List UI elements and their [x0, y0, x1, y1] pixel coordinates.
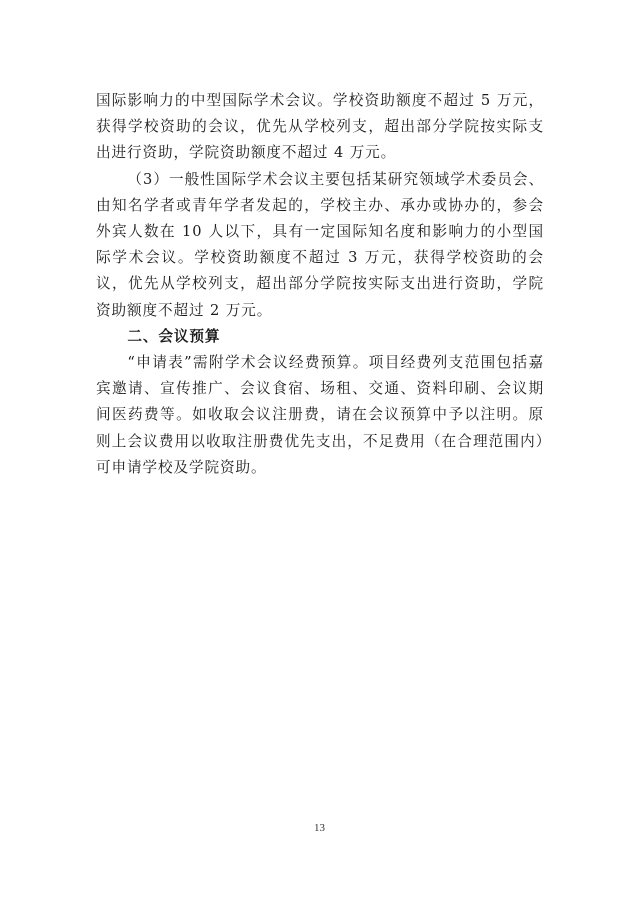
paragraph-continuation: 国际影响力的中型国际学术会议。学校资助额度不超过 5 万元，获得学校资助的会议，… — [96, 88, 544, 167]
document-body: 国际影响力的中型国际学术会议。学校资助额度不超过 5 万元，获得学校资助的会议，… — [96, 88, 544, 481]
paragraph-item-3: （3）一般性国际学术会议主要包括某研究领域学术委员会、由知名学者或青年学者发起的… — [96, 167, 544, 324]
paragraph-budget: “申请表”需附学术会议经费预算。项目经费列支范围包括嘉宾邀请、宣传推广、会议食宿… — [96, 350, 544, 481]
page-number: 13 — [0, 822, 639, 834]
section-heading: 二、会议预算 — [96, 324, 544, 350]
document-page: 国际影响力的中型国际学术会议。学校资助额度不超过 5 万元，获得学校资助的会议，… — [0, 0, 639, 905]
